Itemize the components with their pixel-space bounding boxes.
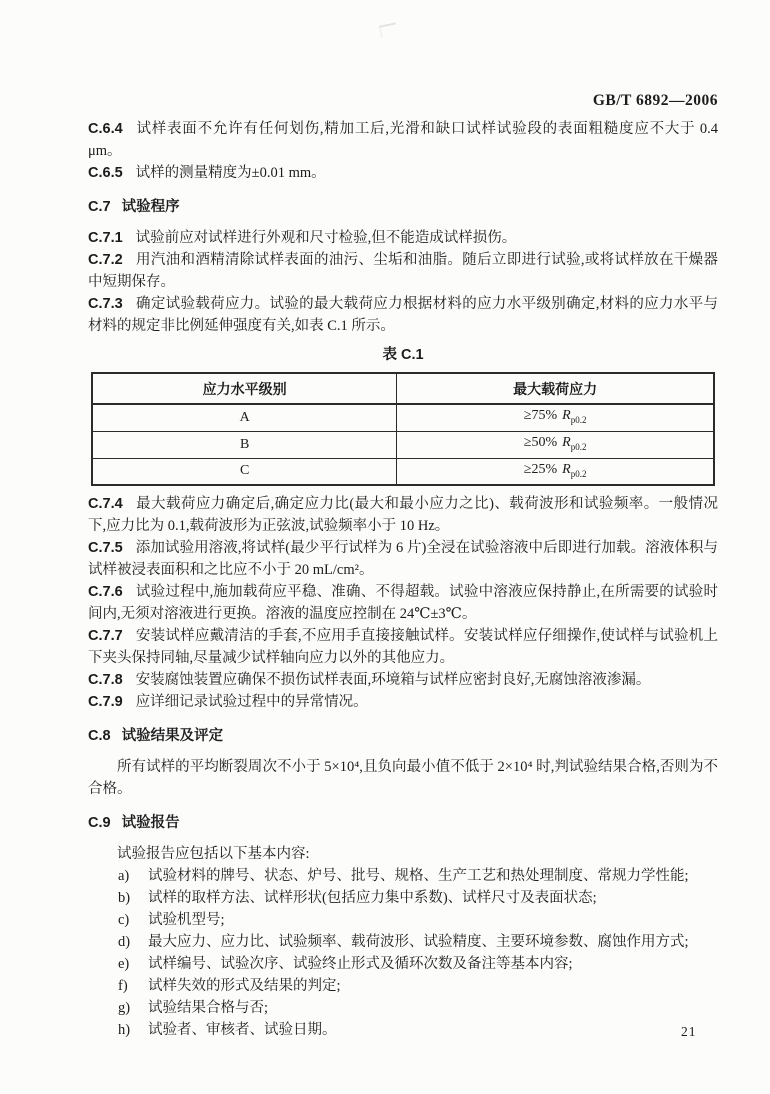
- report-item: f)试样失效的形式及结果的判定;: [88, 975, 718, 997]
- symbol-subscript: p0.2: [571, 468, 587, 478]
- clause-number: C.7.2: [88, 252, 123, 268]
- clause-number: C.6.5: [88, 165, 123, 181]
- cell-level: C: [92, 458, 397, 485]
- clause-c79: C.7.9应详细记录试验过程中的异常情况。: [88, 691, 718, 713]
- clause-number: C.7.8: [88, 672, 123, 688]
- scan-artifact: [379, 22, 398, 37]
- paragraph-c8-result: 所有试样的平均断裂周次不小于 5×10⁴,且负向最小值不低于 2×10⁴ 时,判…: [88, 756, 718, 800]
- section-title: 试验结果及评定: [122, 728, 224, 744]
- item-letter: d): [118, 931, 148, 953]
- table-header-row: 应力水平级别 最大载荷应力: [92, 373, 714, 404]
- clause-number: C.7.4: [88, 496, 123, 512]
- clause-c74: C.7.4最大载荷应力确定后,确定应力比(最大和最小应力之比)、载荷波形和试验频…: [88, 493, 718, 537]
- clause-number: C.7.3: [88, 296, 123, 312]
- clause-c78: C.7.8安装腐蚀装置应确保不损伤试样表面,环境箱与试样应密封良好,无腐蚀溶液渗…: [88, 669, 718, 691]
- clause-text: 最大载荷应力确定后,确定应力比(最大和最小应力之比)、载荷波形和试验频率。一般情…: [88, 496, 718, 534]
- section-heading-c7: C.7试验程序: [88, 196, 718, 218]
- report-item: g)试验结果合格与否;: [88, 997, 718, 1019]
- table-row: A ≥75%Rp0.2: [92, 404, 714, 431]
- table-row: C ≥25%Rp0.2: [92, 458, 714, 485]
- item-text: 试样失效的形式及结果的判定;: [148, 975, 718, 997]
- item-text: 试验结果合格与否;: [148, 997, 718, 1019]
- symbol-subscript: p0.2: [571, 442, 587, 452]
- clause-number: C.7.1: [88, 230, 123, 246]
- clause-text: 安装腐蚀装置应确保不损伤试样表面,环境箱与试样应密封良好,无腐蚀溶液渗漏。: [136, 672, 651, 688]
- clause-text: 确定试验载荷应力。试验的最大载荷应力根据材料的应力水平级别确定,材料的应力水平与…: [88, 296, 718, 334]
- section-heading-c8: C.8试验结果及评定: [88, 725, 718, 747]
- item-letter: f): [118, 975, 148, 997]
- clause-c71: C.7.1试验前应对试样进行外观和尺寸检验,但不能造成试样损伤。: [88, 227, 718, 249]
- item-letter: e): [118, 953, 148, 975]
- section-number: C.8: [88, 728, 111, 744]
- table-c1: 应力水平级别 最大载荷应力 A ≥75%Rp0.2 B ≥50%Rp0.2 C …: [91, 372, 715, 486]
- item-text: 最大应力、应力比、试验频率、载荷波形、试验精度、主要环境参数、腐蚀作用方式;: [148, 931, 718, 953]
- clause-c64: C.6.4试样表面不允许有任何划伤,精加工后,光滑和缺口试样试验段的表面粗糙度应…: [88, 118, 718, 162]
- report-item: a)试验材料的牌号、状态、炉号、批号、规格、生产工艺和热处理制度、常规力学性能;: [88, 865, 718, 887]
- item-letter: a): [118, 865, 148, 887]
- item-text: 试验机型号;: [148, 909, 718, 931]
- section-title: 试验报告: [122, 815, 180, 831]
- item-text: 试验材料的牌号、状态、炉号、批号、规格、生产工艺和热处理制度、常规力学性能;: [148, 865, 718, 887]
- clause-c65: C.6.5试样的测量精度为±0.01 mm。: [88, 162, 718, 184]
- page-content: C.6.4试样表面不允许有任何划伤,精加工后,光滑和缺口试样试验段的表面粗糙度应…: [88, 118, 718, 1041]
- clause-number: C.7.6: [88, 584, 123, 600]
- clause-c75: C.7.5添加试验用溶液,将试样(最少平行试样为 6 片)全浸在试验溶液中后即进…: [88, 537, 718, 581]
- item-letter: h): [118, 1019, 148, 1041]
- cell-level: B: [92, 431, 397, 458]
- cell-stress: ≥50%Rp0.2: [397, 431, 714, 458]
- clause-c72: C.7.2用汽油和酒精清除试样表面的油污、尘垢和油脂。随后立即进行试验,或将试样…: [88, 249, 718, 293]
- scanned-standard-page: { "header": { "doc_number": "GB/T 6892—2…: [0, 0, 770, 1094]
- report-item: e)试样编号、试验次序、试验终止形式及循环次数及备注等基本内容;: [88, 953, 718, 975]
- clause-text: 应详细记录试验过程中的异常情况。: [136, 694, 368, 710]
- table-row: B ≥50%Rp0.2: [92, 431, 714, 458]
- item-letter: c): [118, 909, 148, 931]
- section-heading-c9: C.9试验报告: [88, 812, 718, 834]
- page-number: 21: [681, 1024, 697, 1040]
- item-text: 试验者、审核者、试验日期。: [148, 1019, 718, 1041]
- cell-level: A: [92, 404, 397, 431]
- section-number: C.7: [88, 199, 111, 215]
- report-item: b)试样的取样方法、试样形状(包括应力集中系数)、试样尺寸及表面状态;: [88, 887, 718, 909]
- col-header-stress-level: 应力水平级别: [92, 373, 397, 404]
- cell-stress: ≥75%Rp0.2: [397, 404, 714, 431]
- item-letter: g): [118, 997, 148, 1019]
- report-item: c)试验机型号;: [88, 909, 718, 931]
- table-title: 表 C.1: [88, 344, 718, 366]
- clause-number: C.7.9: [88, 694, 123, 710]
- clause-c77: C.7.7安装试样应戴清洁的手套,不应用手直接接触试样。安装试样应仔细操作,使试…: [88, 625, 718, 669]
- doc-number: GB/T 6892—2006: [593, 92, 718, 110]
- clause-text: 试验过程中,施加载荷应平稳、准确、不得超载。试验中溶液应保持静止,在所需要的试验…: [88, 584, 718, 622]
- report-item: d)最大应力、应力比、试验频率、载荷波形、试验精度、主要环境参数、腐蚀作用方式;: [88, 931, 718, 953]
- clause-c76: C.7.6试验过程中,施加载荷应平稳、准确、不得超载。试验中溶液应保持静止,在所…: [88, 581, 718, 625]
- clause-c73: C.7.3确定试验载荷应力。试验的最大载荷应力根据材料的应力水平级别确定,材料的…: [88, 293, 718, 337]
- clause-number: C.6.4: [88, 121, 123, 137]
- clause-number: C.7.5: [88, 540, 123, 556]
- item-text: 试样的取样方法、试样形状(包括应力集中系数)、试样尺寸及表面状态;: [148, 887, 718, 909]
- paragraph-c9-intro: 试验报告应包括以下基本内容:: [88, 843, 718, 865]
- section-title: 试验程序: [122, 199, 180, 215]
- clause-number: C.7.7: [88, 628, 123, 644]
- symbol-subscript: p0.2: [571, 415, 587, 425]
- clause-text: 用汽油和酒精清除试样表面的油污、尘垢和油脂。随后立即进行试验,或将试样放在干燥器…: [88, 252, 718, 290]
- symbol-R: R: [562, 462, 571, 477]
- item-letter: b): [118, 887, 148, 909]
- clause-text: 试验前应对试样进行外观和尺寸检验,但不能造成试样损伤。: [136, 230, 517, 246]
- report-item: h)试验者、审核者、试验日期。: [88, 1019, 718, 1041]
- symbol-R: R: [562, 435, 571, 450]
- item-text: 试样编号、试验次序、试验终止形式及循环次数及备注等基本内容;: [148, 953, 718, 975]
- col-header-max-load-stress: 最大载荷应力: [397, 373, 714, 404]
- symbol-R: R: [562, 408, 571, 423]
- clause-text: 试样的测量精度为±0.01 mm。: [136, 165, 326, 181]
- section-number: C.9: [88, 815, 111, 831]
- cell-stress: ≥25%Rp0.2: [397, 458, 714, 485]
- clause-text: 试样表面不允许有任何划伤,精加工后,光滑和缺口试样试验段的表面粗糙度应不大于 0…: [88, 121, 718, 159]
- clause-text: 添加试验用溶液,将试样(最少平行试样为 6 片)全浸在试验溶液中后即进行加载。溶…: [88, 540, 718, 578]
- clause-text: 安装试样应戴清洁的手套,不应用手直接接触试样。安装试样应仔细操作,使试样与试验机…: [88, 628, 718, 666]
